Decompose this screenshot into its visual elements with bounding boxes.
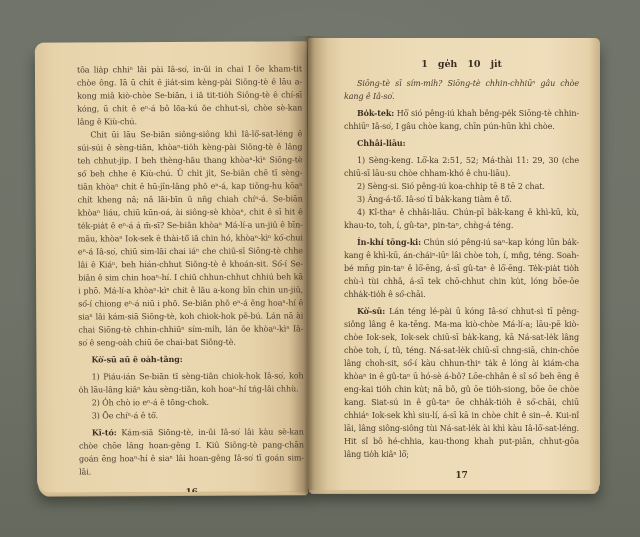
story-label: Kò͘-sū: (357, 306, 385, 316)
paragraph-continued: tōa lia̍p chhiⁿ lâi pài Iâ-so͘, in-ūi in… (77, 62, 302, 128)
right-page: 1 ge̍h 10 ji̍t Siōng-tè sī sím-mi̍h? Siō… (308, 38, 600, 490)
lesson-subject: Siōng-tè sī sím-mi̍h? Siōng-tè chhin-chh… (344, 77, 579, 103)
story-text: Lán téng lé-pài ū kóng Iâ-so͘ chhut-sì t… (344, 307, 579, 459)
activity-item: 3) Ōe chíⁿ-á ê tô͘. (79, 408, 304, 422)
motivation-label: Ín-khí tōng-ki: (357, 237, 421, 247)
activity-item: 1) Piáu-ián Se-biān tī sèng-tiān chiok-h… (79, 369, 304, 396)
right-page-text: 1 ge̍h 10 ji̍t Siōng-tè sī sím-mi̍h? Siō… (344, 58, 579, 483)
page-number-left: 16 (79, 486, 304, 492)
paragraph-simeon-story: Chit ūi lāu Se-biān siông-siông khì Iâ-l… (77, 127, 303, 349)
left-page: tōa lia̍p chhiⁿ lâi pài Iâ-so͘, in-ūi in… (35, 41, 309, 492)
story-paragraph: Kò͘-sū: Lán téng lé-pài ū kóng Iâ-so͘ ch… (344, 305, 579, 461)
goal-label: Bo̍k-tek: (357, 108, 394, 118)
prayer-paragraph: Kî-tó: Kám-siā Siōng-tè, in-ūi Iâ-so͘ lâ… (79, 425, 304, 478)
activity-item: 2) O̍h chò io eⁿ-á ê tōng-chok. (79, 395, 304, 409)
open-book-photo: tōa lia̍p chhiⁿ lâi pài Iâ-so͘, in-ūi in… (0, 0, 640, 537)
prayer-label: Kî-tó: (92, 427, 117, 437)
material-item: 3) Âng-á-tô͘. Iâ-so͘ tī ba̍k-kang tiàm ê… (344, 193, 579, 206)
material-item: 4) Kî-thaⁿ ê chhâi-liāu. Chún-pī ba̍k-ka… (344, 206, 579, 232)
materials-heading: Chhâi-liāu: (344, 137, 579, 150)
left-page-text: tōa lia̍p chhiⁿ lâi pài Iâ-so͘, in-ūi in… (77, 62, 304, 492)
material-item: 1) Sèng-keng. Lō͘-ka 2:51, 52; Má-thài 1… (344, 154, 579, 180)
lesson-date-heading: 1 ge̍h 10 ji̍t (344, 58, 579, 71)
goal-paragraph: Bo̍k-tek: Hō͘ sió pêng-iú khah bêng-pe̍k… (344, 107, 579, 133)
material-item: 2) Sèng-si. Sió pêng-iú koa-chhip tē 8 t… (344, 180, 579, 193)
motivation-paragraph: Ín-khí tōng-ki: Chún sió pêng-iú saⁿ-kap… (344, 236, 579, 301)
motivation-text: Chún sió pêng-iú saⁿ-kap kóng lūn ba̍k-k… (344, 238, 579, 299)
activities-heading: Kò͘-sū aū ê oa̍h-tāng: (78, 352, 303, 366)
page-number-right: 17 (344, 470, 579, 483)
